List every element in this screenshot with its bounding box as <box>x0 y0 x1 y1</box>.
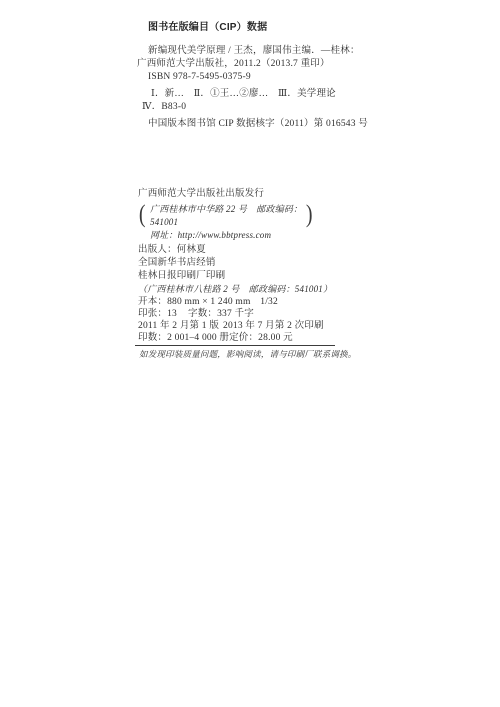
quality-note: 如发现印装质量问题，影响阅读，请与印刷厂联系调换。 <box>135 345 335 360</box>
left-paren-glyph: ( <box>139 201 146 229</box>
cip-classification-line1: Ⅰ．新… Ⅱ．①王…②廖… Ⅲ．美学理论 <box>137 88 417 101</box>
cip-isbn: ISBN 978-7-5495-0375-9 <box>137 71 417 84</box>
copies-line: 印数：2 001–4 000 册 定价：28.00 元 <box>138 332 368 344</box>
publisher-line: 广西师范大学出版社出版发行 <box>138 188 368 201</box>
word-count: 字数：337 千字 <box>188 308 254 320</box>
distribution-line: 全国新华书店经销 <box>138 257 368 270</box>
printing-date: 2013 年 7 月第 2 次印刷 <box>223 320 324 332</box>
publisher-person-line: 出版人：何林夏 <box>138 244 368 257</box>
first-edition-date: 2011 年 2 月第 1 版 <box>138 320 223 332</box>
printer-address-line: （广西桂林市八桂路 2 号 邮政编码：541001） <box>138 283 368 296</box>
cip-record-number: 中国版本图书馆 CIP 数据核字（2011）第 016543 号 <box>137 118 417 131</box>
right-paren-glyph: ) <box>306 201 313 229</box>
book-copyright-page: 图书在版编目（CIP）数据 新编现代美学原理 / 王杰，廖国伟主编．—桂林： 广… <box>0 0 500 707</box>
format-line: 开本：880 mm × 1 240 mm 1/32 <box>138 296 368 308</box>
cip-entry-line2: 广西师范大学出版社，2011.2（2013.7 重印） <box>137 58 417 71</box>
printer-line: 桂林日报印刷厂印刷 <box>138 270 368 283</box>
imprint-block: 广西师范大学出版社出版发行 ( 广西桂林市中华路 22 号 邮政编码：54100… <box>138 188 368 360</box>
cip-classification-line2: Ⅳ．B83-0 <box>137 101 417 114</box>
sheets-line: 印张：13 字数：337 千字 <box>138 308 368 320</box>
print-run: 印数：2 001–4 000 册 <box>138 332 229 344</box>
edition-line: 2011 年 2 月第 1 版 2013 年 7 月第 2 次印刷 <box>138 320 368 332</box>
sheets-count: 印张：13 <box>138 308 188 320</box>
cip-data-block: 图书在版编目（CIP）数据 新编现代美学原理 / 王杰，廖国伟主编．—桂林： 广… <box>137 21 417 131</box>
publisher-address-block: ( 广西桂林市中华路 22 号 邮政编码：541001 网址：http://ww… <box>138 202 316 242</box>
cip-entry-line1: 新编现代美学原理 / 王杰，廖国伟主编．—桂林： <box>137 45 417 58</box>
price: 定价：28.00 元 <box>229 332 293 344</box>
cip-heading: 图书在版编目（CIP）数据 <box>137 21 417 34</box>
publisher-address-line1: 广西桂林市中华路 22 号 邮政编码：541001 <box>150 203 316 229</box>
publisher-website-line: 网址：http://www.bbtpress.com <box>150 229 316 242</box>
